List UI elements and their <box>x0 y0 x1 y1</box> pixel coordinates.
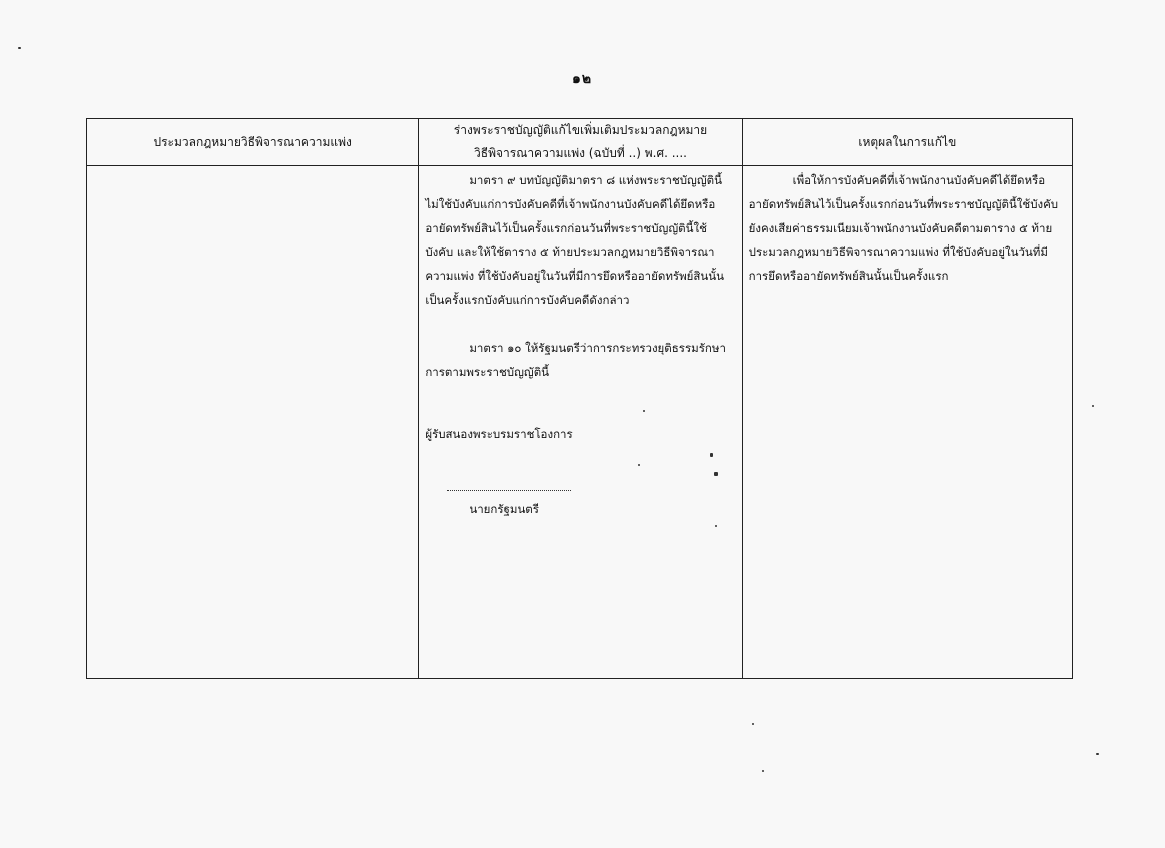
draft-act-cell: มาตรา ๙ บทบัญญัติมาตรา ๘ แห่งพระราชบัญญั… <box>419 166 742 679</box>
countersign-text: ผู้รับสนองพระบรมราชโองการ <box>425 422 733 446</box>
current-law-cell <box>87 166 419 679</box>
section-9-text: มาตรา ๙ บทบัญญัติมาตรา ๘ แห่งพระราชบัญญั… <box>425 168 733 312</box>
scan-speck <box>1096 753 1099 755</box>
section-10-text: มาตรา ๑๐ ให้รัฐมนตรีว่าการกระทรวงยุติธรร… <box>425 336 733 384</box>
current-law-text <box>87 166 418 168</box>
comparison-table: ประมวลกฎหมายวิธีพิจารณาความแพ่ง ร่างพระร… <box>86 118 1073 679</box>
header-draft-act: ร่างพระราชบัญญัติแก้ไขเพิ่มเติมประมวลกฎห… <box>419 119 742 166</box>
scan-speck <box>18 47 21 49</box>
signature-line <box>447 490 571 491</box>
reason-cell: เพื่อให้การบังคับคดีที่เจ้าพนักงานบังคับ… <box>742 166 1072 679</box>
scan-speck <box>643 410 645 412</box>
page-number: ๑๒ <box>562 68 602 90</box>
scan-speck <box>762 770 764 772</box>
header-draft-act-line2: วิธีพิจารณาความแพ่ง (ฉบับที่ ..) พ.ศ. ..… <box>419 142 741 165</box>
scan-speck <box>714 472 718 476</box>
table-header-row: ประมวลกฎหมายวิธีพิจารณาความแพ่ง ร่างพระร… <box>87 119 1073 166</box>
signatory-title: นายกรัฐมนตรี <box>469 497 733 521</box>
table-body-row: มาตรา ๙ บทบัญญัติมาตรา ๘ แห่งพระราชบัญญั… <box>87 166 1073 679</box>
header-reason: เหตุผลในการแก้ไข <box>742 119 1072 166</box>
header-current-law: ประมวลกฎหมายวิธีพิจารณาความแพ่ง <box>87 119 419 166</box>
scan-speck <box>638 464 640 466</box>
reason-text: เพื่อให้การบังคับคดีที่เจ้าพนักงานบังคับ… <box>749 168 1064 288</box>
scan-speck <box>710 453 713 457</box>
scan-speck <box>715 525 717 527</box>
scan-speck <box>752 723 754 725</box>
header-draft-act-line1: ร่างพระราชบัญญัติแก้ไขเพิ่มเติมประมวลกฎห… <box>419 119 741 142</box>
scan-speck <box>1092 405 1094 407</box>
